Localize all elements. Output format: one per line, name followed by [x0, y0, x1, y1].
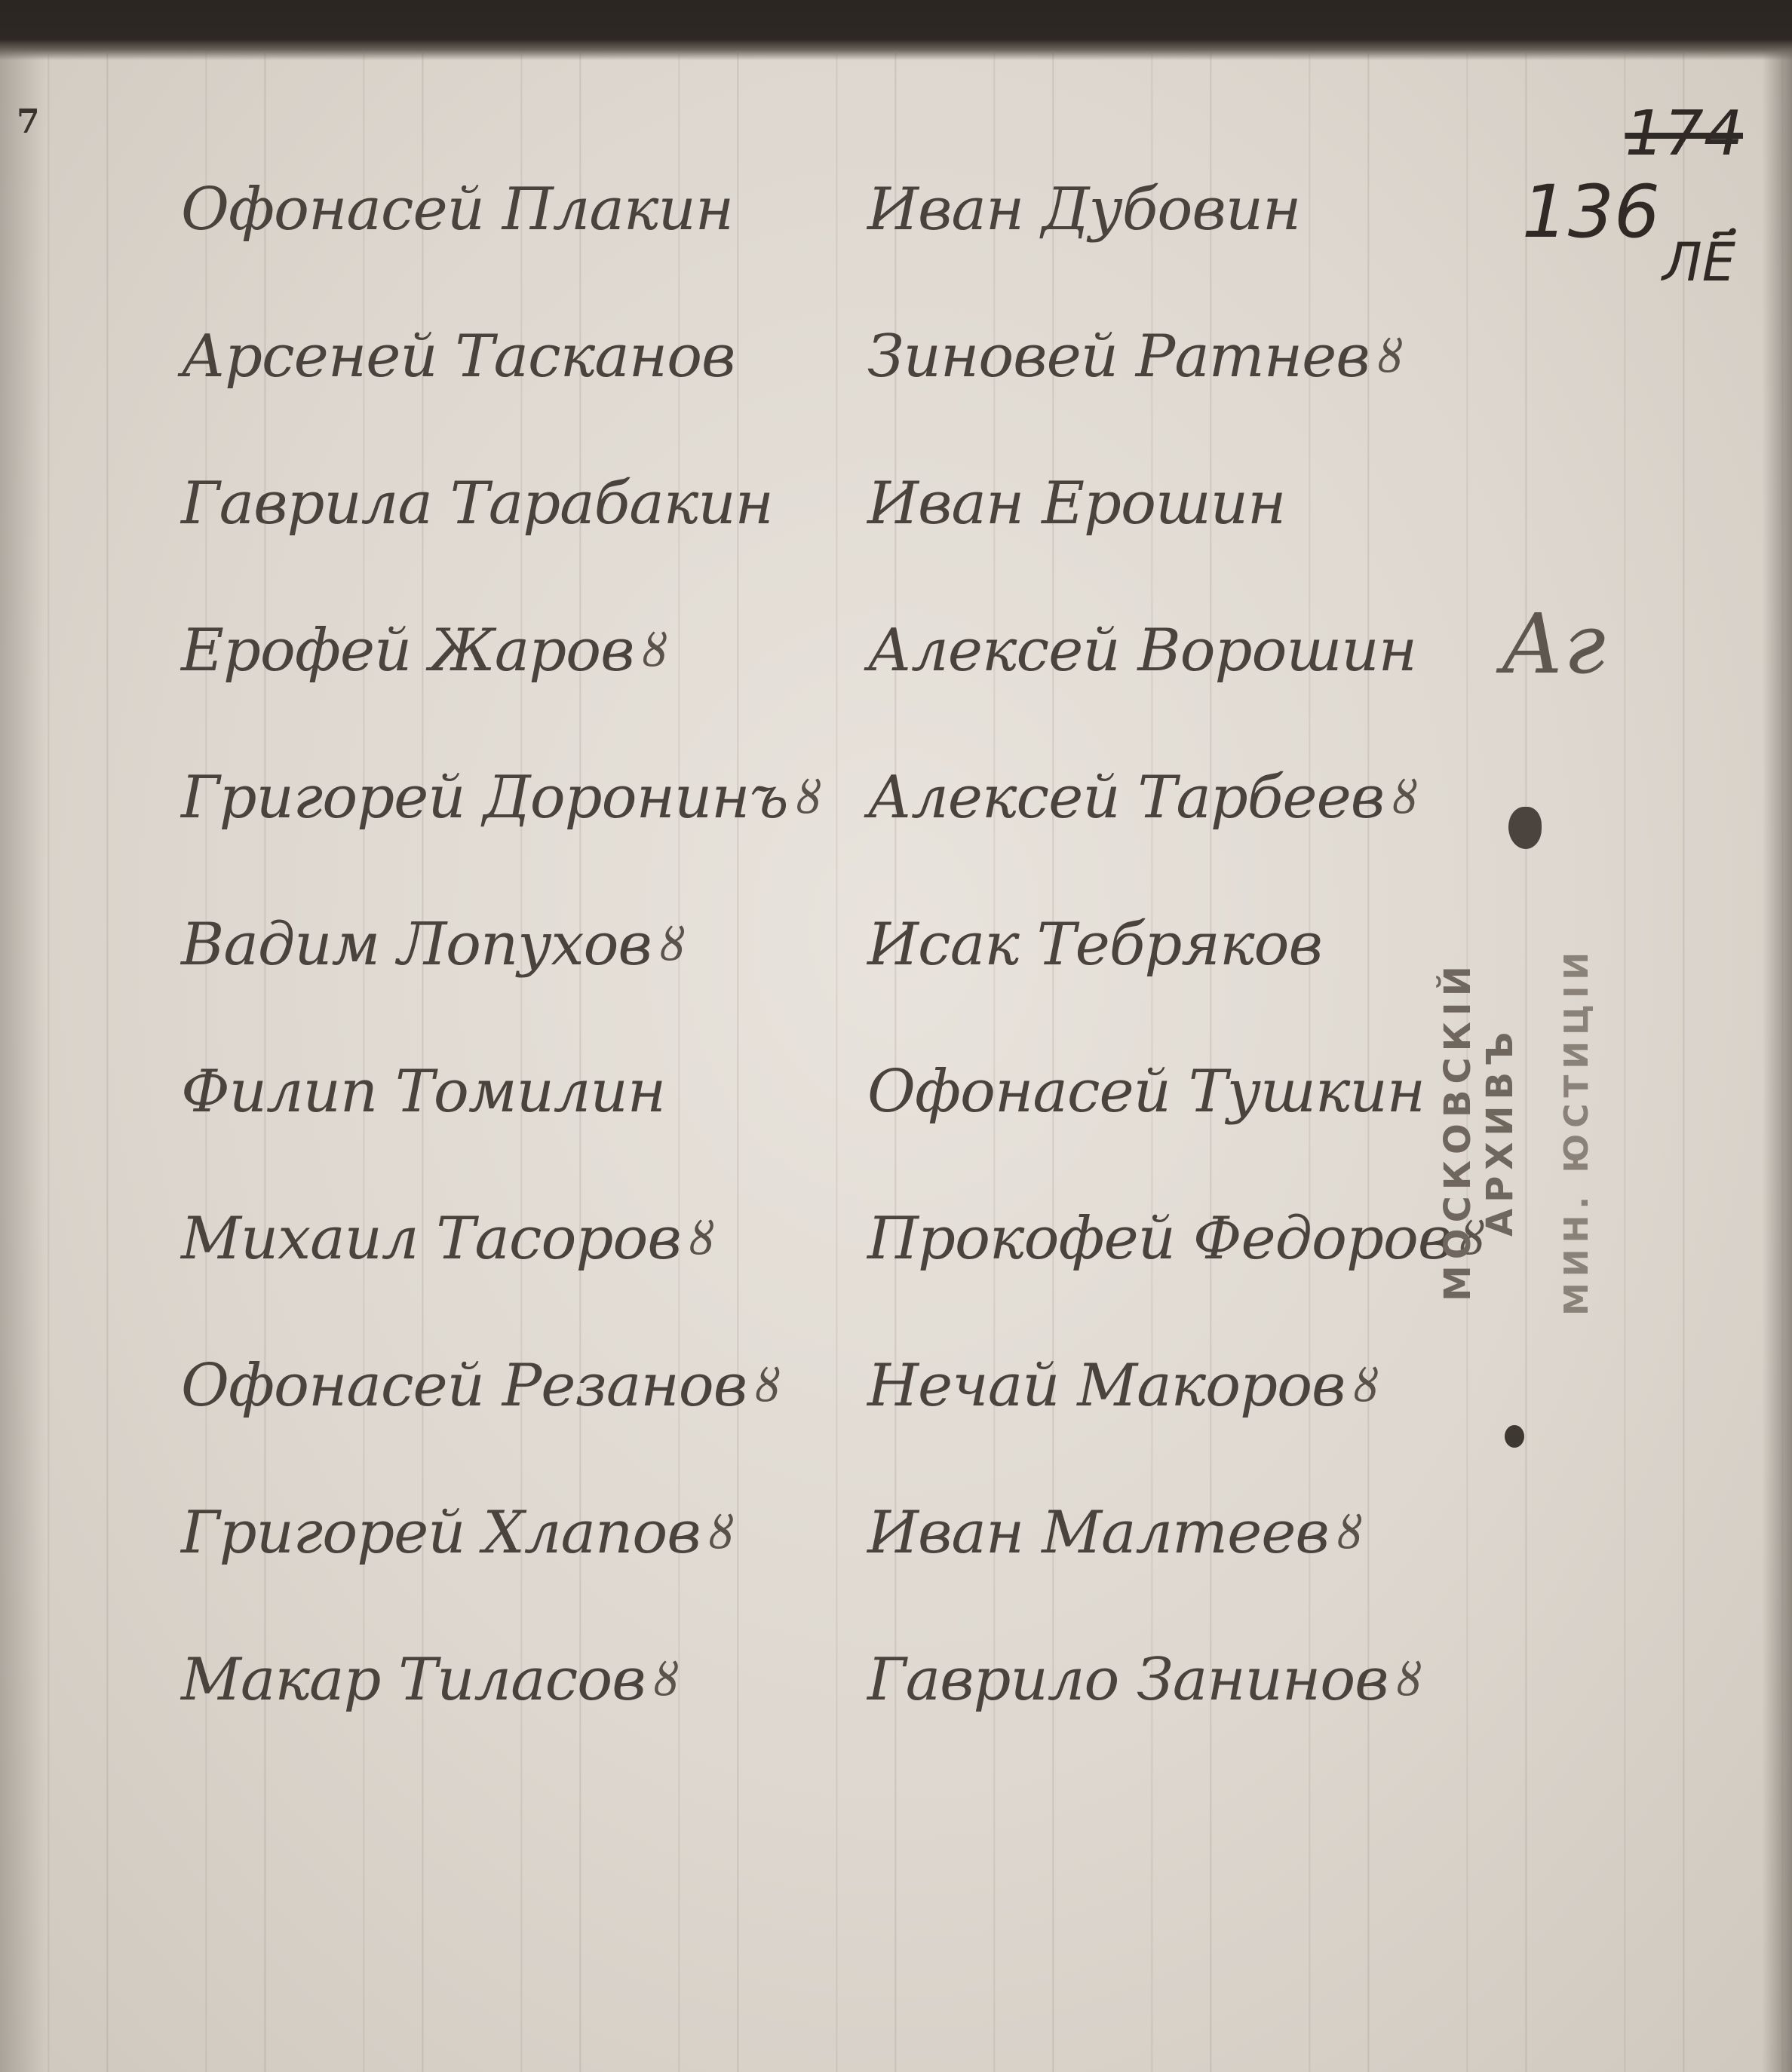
entry-name: Прокофей Федоров: [867, 1205, 1451, 1273]
list-item: Гаврила Тарабакин: [181, 430, 754, 577]
entry-name: Иван Малтеев: [867, 1499, 1329, 1567]
entry-name: Иван Дубовин: [867, 176, 1300, 244]
flourish-icon: ȣ: [655, 1654, 679, 1706]
manuscript-page: 7 174 136 ЛЕ҃ Офонасей Плакин Арсеней Та…: [0, 0, 1792, 2072]
entry-name: Офонасей Резанов: [181, 1352, 747, 1420]
current-folio-number: 136: [1522, 170, 1660, 254]
entry-name: Филип Томилин: [181, 1058, 665, 1126]
list-item: Ерофей Жаровȣ: [181, 577, 754, 724]
list-item: Макар Тиласовȣ: [181, 1606, 754, 1753]
ink-blot-icon: [1508, 807, 1542, 849]
list-item: Иван Малтеевȣ: [867, 1459, 1441, 1606]
list-item: Офонасей Плакин: [181, 136, 754, 283]
list-item: Алексей Ворошин: [867, 577, 1441, 724]
entry-name: Иван Ерошин: [867, 470, 1285, 538]
entry-name: Гаврило Занинов: [867, 1646, 1388, 1714]
stamp-line-2: МИН. ЮСТИЦІИ: [1557, 897, 1610, 1365]
old-folio-number: 174: [1522, 98, 1743, 170]
entry-name: Макар Тиласов: [181, 1646, 646, 1714]
entry-name: Григорей Доронинъ: [181, 764, 788, 832]
flourish-icon: ȣ: [1354, 1359, 1378, 1412]
list-item: Григорей Доронинъȣ: [181, 724, 754, 871]
ink-dot-icon: [1505, 1425, 1524, 1448]
corner-mark: 7: [17, 103, 40, 141]
list-item: Офонасей Тушкин: [867, 1018, 1441, 1165]
list-item: Прокофей Федоровȣ: [867, 1165, 1441, 1312]
flourish-icon: ȣ: [690, 1212, 714, 1265]
flourish-icon: ȣ: [1338, 1506, 1362, 1559]
list-item: Алексей Тарбеевȣ: [867, 724, 1441, 871]
left-name-column: Офонасей Плакин Арсеней Тасканов Гаврила…: [181, 136, 754, 1753]
entry-name: Григорей Хлапов: [181, 1499, 701, 1567]
entry-name: Вадим Лопухов: [181, 911, 652, 979]
list-item: Вадим Лопуховȣ: [181, 871, 754, 1018]
entry-name: Алексей Ворошин: [867, 617, 1416, 685]
entry-name: Нечай Макоров: [867, 1352, 1345, 1420]
list-item: Гаврило Заниновȣ: [867, 1606, 1441, 1753]
flourish-icon: ȣ: [661, 918, 685, 971]
list-item: Михаил Тасоровȣ: [181, 1165, 754, 1312]
entry-name: Исак Тебряков: [867, 911, 1322, 979]
list-item: Иван Дубовин: [867, 136, 1441, 283]
flourish-icon: ȣ: [643, 624, 667, 677]
list-item: Исак Тебряков: [867, 871, 1441, 1018]
entry-name: Офонасей Плакин: [181, 176, 733, 244]
stamp-line-1: МОСКОВСКІЙ АРХИВЪ: [1437, 897, 1490, 1365]
list-item: Зиновей Ратневȣ: [867, 283, 1441, 430]
list-item: Филип Томилин: [181, 1018, 754, 1165]
archive-stamp: МОСКОВСКІЙ АРХИВЪ МИН. ЮСТИЦІИ: [1437, 897, 1588, 1365]
entry-name: Гаврила Тарабакин: [181, 470, 773, 538]
right-name-column: Иван Дубовин Зиновей Ратневȣ Иван Ерошин…: [867, 136, 1441, 1753]
flourish-icon: ȣ: [1393, 771, 1417, 824]
list-item: Нечай Макоровȣ: [867, 1312, 1441, 1459]
entry-name: Алексей Тарбеев: [867, 764, 1384, 832]
flourish-icon: ȣ: [797, 771, 821, 824]
entry-name: Арсеней Тасканов: [181, 323, 735, 391]
list-item: Иван Ерошин: [867, 430, 1441, 577]
margin-mark: Аг: [1501, 596, 1606, 692]
list-item: Офонасей Резановȣ: [181, 1312, 754, 1459]
entry-name: Зиновей Ратнев: [867, 323, 1370, 391]
flourish-icon: ȣ: [1379, 330, 1403, 383]
entry-name: Михаил Тасоров: [181, 1205, 681, 1273]
flourish-icon: ȣ: [710, 1506, 734, 1559]
entry-name: Офонасей Тушкин: [867, 1058, 1425, 1126]
entry-name: Ерофей Жаров: [181, 617, 634, 685]
list-item: Арсеней Тасканов: [181, 283, 754, 430]
flourish-icon: ȣ: [756, 1359, 780, 1412]
flourish-icon: ȣ: [1398, 1654, 1422, 1706]
list-item: Григорей Хлаповȣ: [181, 1459, 754, 1606]
folio-numbers: 174 136 ЛЕ҃: [1522, 98, 1751, 293]
